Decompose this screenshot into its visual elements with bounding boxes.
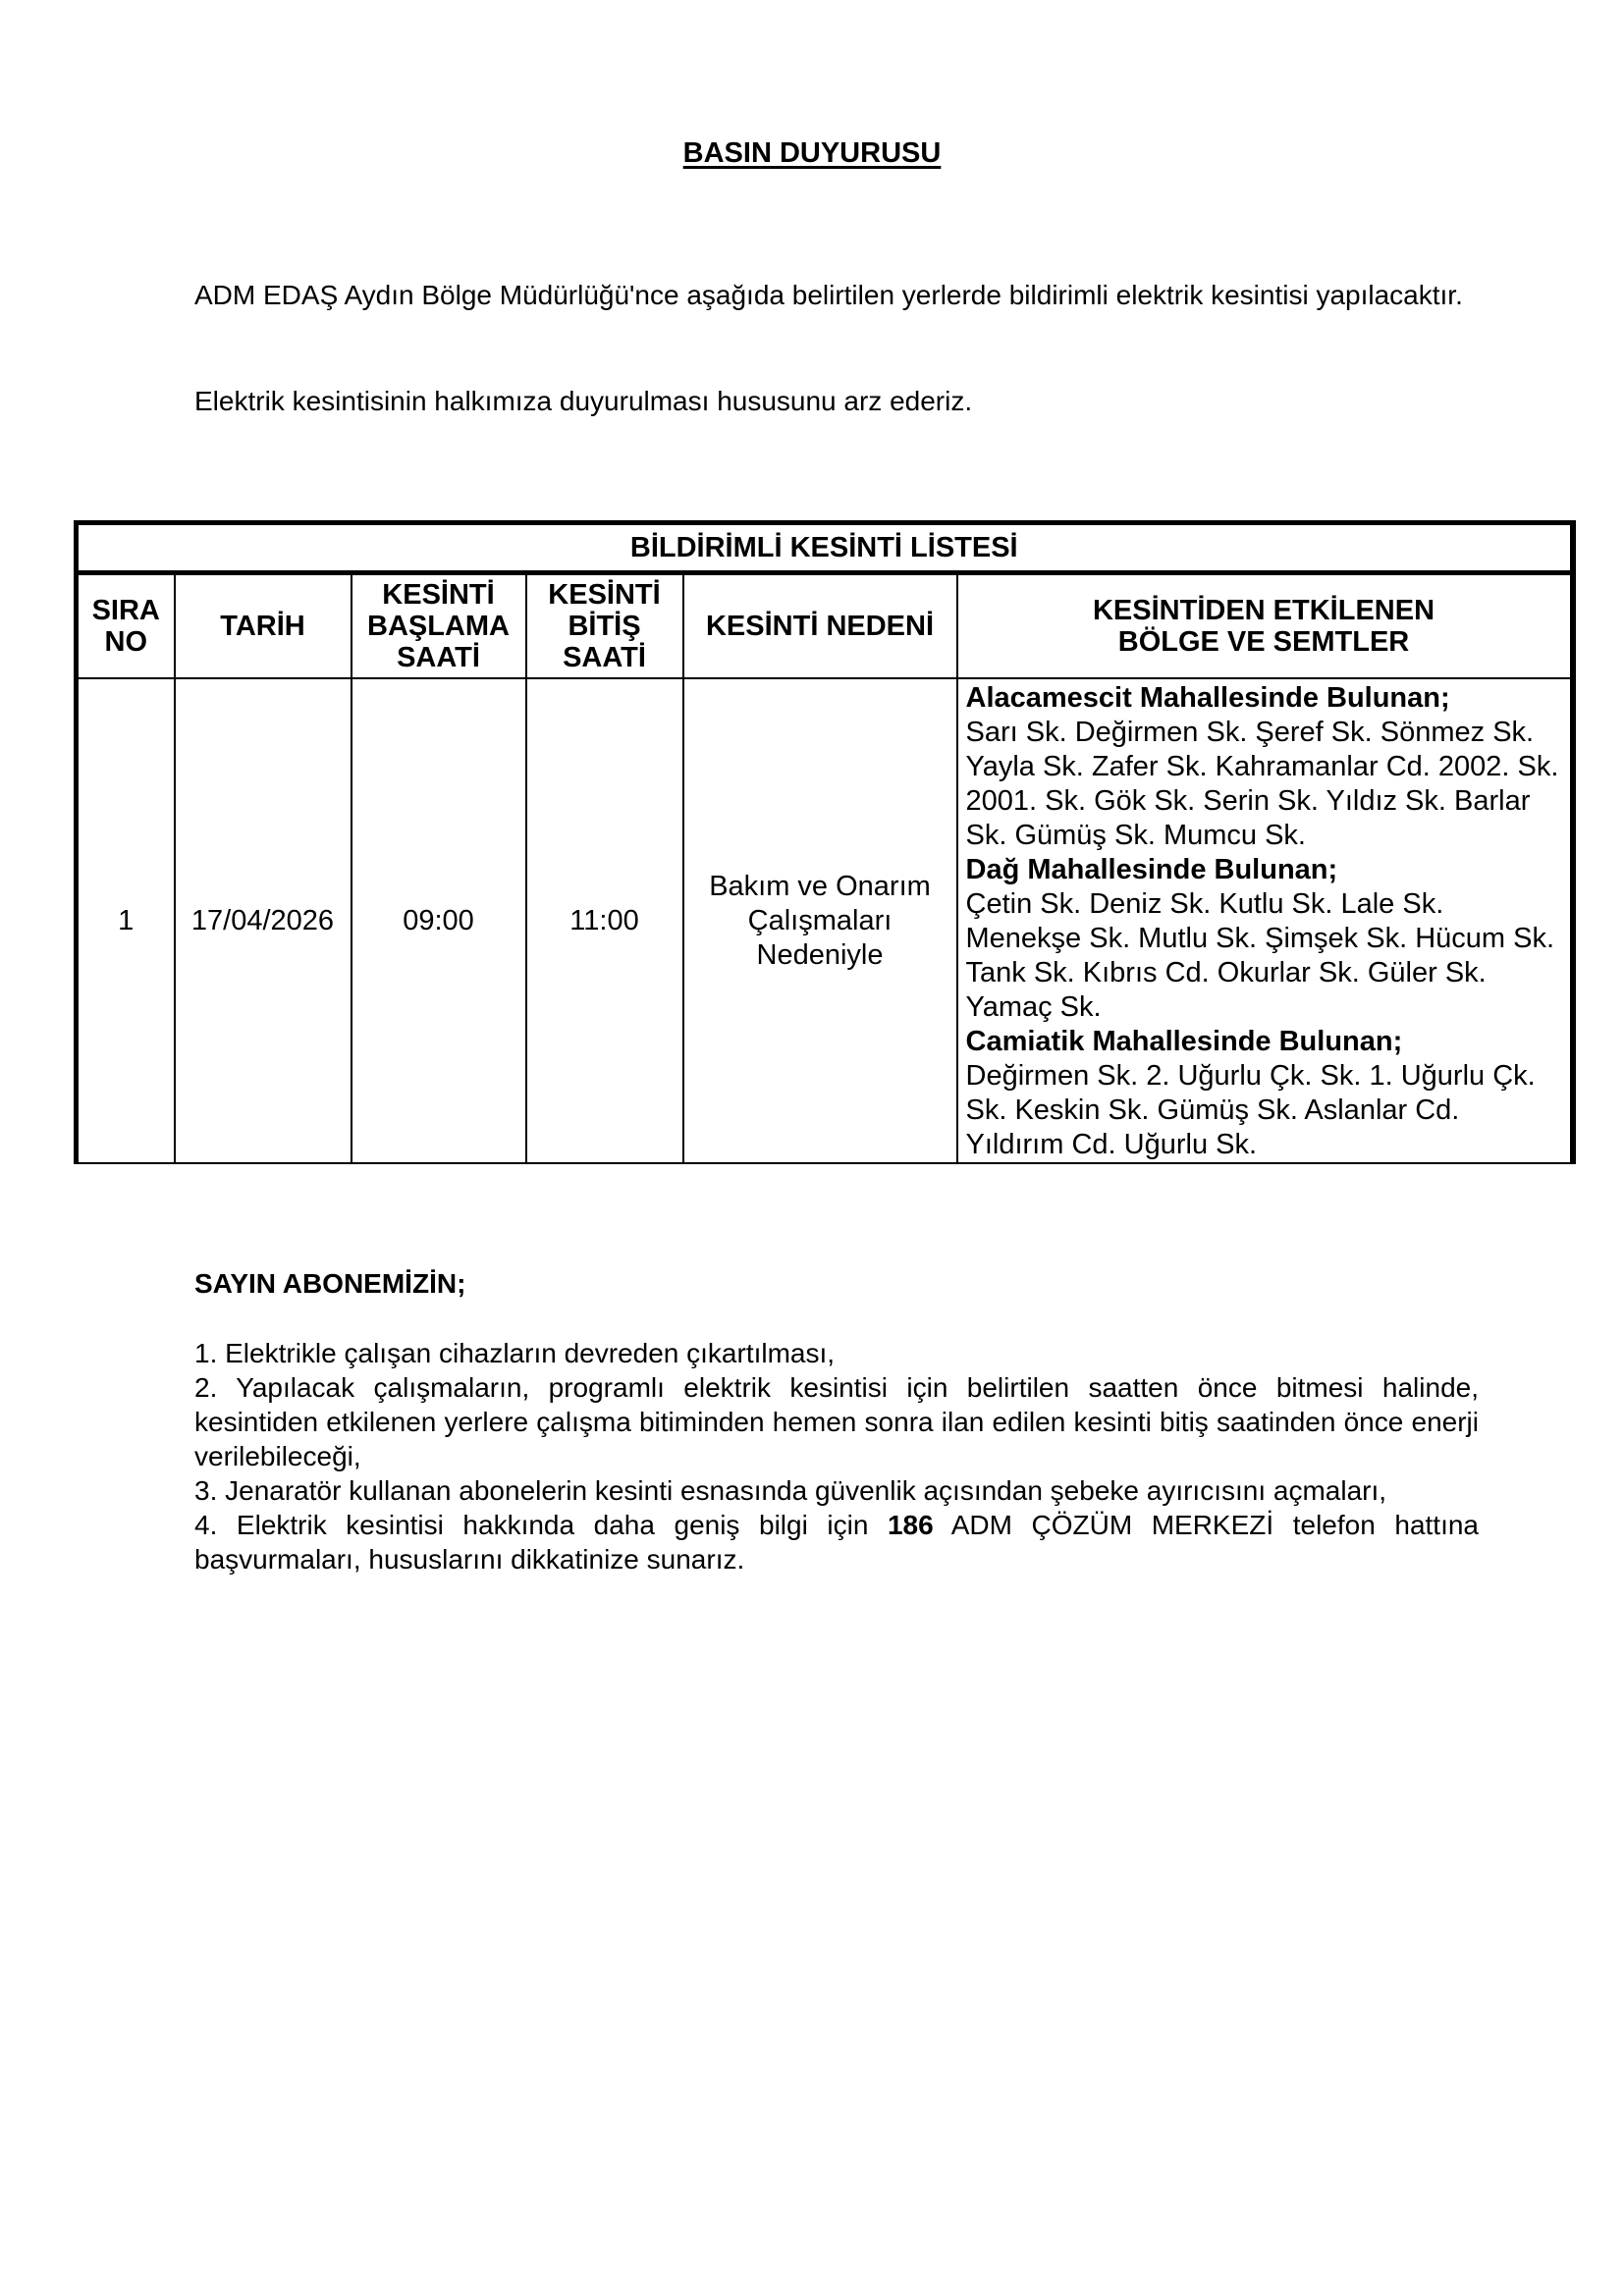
header-line: NO <box>105 626 148 658</box>
cell-etkilenen-bolgeler: Alacamescit Mahallesinde Bulunan; Sarı S… <box>957 678 1573 1163</box>
header-line: KESİNTİ <box>382 579 494 611</box>
header-line: BAŞLAMA <box>367 611 510 642</box>
neighborhood-block: Alacamescit Mahallesinde Bulunan; Sarı S… <box>966 681 1564 853</box>
notice-heading: SAYIN ABONEMİZİN; <box>194 1266 1479 1301</box>
notice-item: 1. Elektrikle çalışan cihazların devrede… <box>194 1336 1479 1370</box>
reason-line: Nedeniyle <box>757 939 884 971</box>
document-title: BASIN DUYURUSU <box>0 137 1624 170</box>
notice-item: 2. Yapılacak çalışmaların, programlı ele… <box>194 1370 1479 1473</box>
header-baslama-saati: KESİNTİ BAŞLAMA SAATİ <box>352 573 526 679</box>
notice-item-text: 4. Elektrik kesintisi hakkında daha geni… <box>194 1510 888 1540</box>
cell-tarih: 17/04/2026 <box>175 678 352 1163</box>
neighborhood-block: Dağ Mahallesinde Bulunan; Çetin Sk. Deni… <box>966 853 1564 1025</box>
header-bitis-saati: KESİNTİ BİTİŞ SAATİ <box>526 573 683 679</box>
header-sira-no: SIRA NO <box>77 573 175 679</box>
intro-paragraph: ADM EDAŞ Aydın Bölge Müdürlüğü'nce aşağı… <box>194 278 1479 313</box>
cell-bitis-saati: 11:00 <box>526 678 683 1163</box>
neighborhood-title: Alacamescit Mahallesinde Bulunan; <box>966 681 1564 716</box>
header-line: SAATİ <box>563 642 646 673</box>
notice-item: 4. Elektrik kesintisi hakkında daha geni… <box>194 1508 1479 1576</box>
header-tarih: TARİH <box>175 573 352 679</box>
header-line: BÖLGE VE SEMTLER <box>1118 626 1409 658</box>
header-kesinti-nedeni: KESİNTİ NEDENİ <box>683 573 957 679</box>
table-header-row: SIRA NO TARİH KESİNTİ BAŞLAMA SAATİ KESİ… <box>77 573 1573 679</box>
header-line: KESİNTİ <box>548 579 660 611</box>
table-row: 1 17/04/2026 09:00 11:00 Bakım ve Onarım… <box>77 678 1573 1163</box>
neighborhood-title: Camiatik Mahallesinde Bulunan; <box>966 1025 1564 1059</box>
header-etkilenen-bolge: KESİNTİDEN ETKİLENEN BÖLGE VE SEMTLER <box>957 573 1573 679</box>
notice-item: 3. Jenaratör kullanan abonelerin kesinti… <box>194 1473 1479 1508</box>
phone-number: 186 <box>888 1510 934 1540</box>
cell-kesinti-nedeni: Bakım ve Onarım Çalışmaları Nedeniyle <box>683 678 957 1163</box>
neighborhood-streets: Sarı Sk. Değirmen Sk. Şeref Sk. Sönmez S… <box>966 716 1564 853</box>
table-title: BİLDİRİMLİ KESİNTİ LİSTESİ <box>77 523 1573 573</box>
cell-sira-no: 1 <box>77 678 175 1163</box>
reason-line: Bakım ve Onarım <box>709 871 931 902</box>
neighborhood-streets: Değirmen Sk. 2. Uğurlu Çk. Sk. 1. Uğurlu… <box>966 1059 1564 1162</box>
request-paragraph: Elektrik kesintisinin halkımıza duyurulm… <box>194 384 1479 419</box>
header-line: SIRA <box>92 595 160 626</box>
header-line: SAATİ <box>397 642 480 673</box>
reason-line: Çalışmaları <box>748 905 893 936</box>
header-line: KESİNTİDEN ETKİLENEN <box>1093 595 1435 626</box>
outage-table: BİLDİRİMLİ KESİNTİ LİSTESİ SIRA NO TARİH… <box>74 520 1576 1164</box>
header-line: BİTİŞ <box>568 611 640 642</box>
cell-baslama-saati: 09:00 <box>352 678 526 1163</box>
neighborhood-streets: Çetin Sk. Deniz Sk. Kutlu Sk. Lale Sk. M… <box>966 887 1564 1025</box>
neighborhood-block: Camiatik Mahallesinde Bulunan; Değirmen … <box>966 1025 1564 1162</box>
neighborhood-title: Dağ Mahallesinde Bulunan; <box>966 853 1564 887</box>
notice-list: 1. Elektrikle çalışan cihazların devrede… <box>194 1336 1479 1576</box>
